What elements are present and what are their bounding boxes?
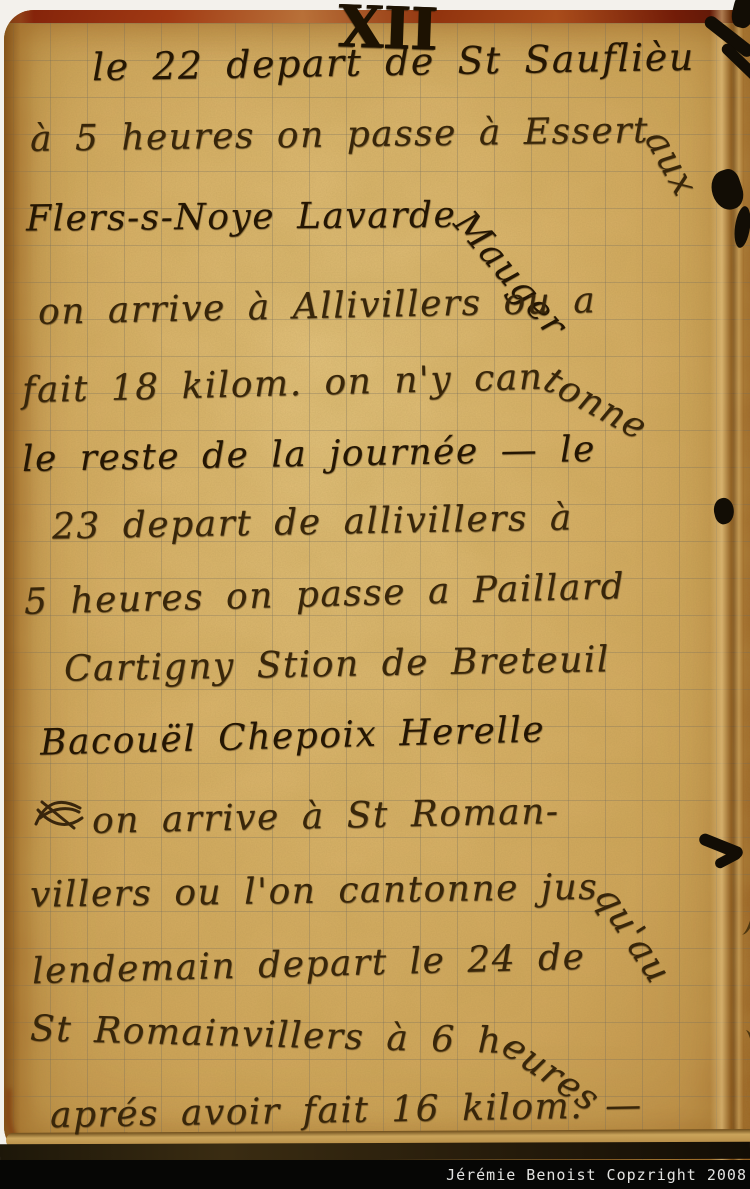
handwriting-line: Flers-s-Noye LavardeMauger [26,193,611,239]
copyright-bar: Jérémie Benoist Copzright 2008 [0,1160,750,1189]
copyright-text: Jérémie Benoist Copzright 2008 [446,1166,750,1184]
photo-frame: XII le 22 depart de St Sauflièu à 5 heur… [0,0,750,1189]
page-stack-edge [0,1142,750,1162]
page-number-roman: XII [337,0,439,64]
line-text: Flers-s-Noye Lavarde [26,195,457,240]
line-text: à 5 heures on passe à Essert [30,110,649,160]
handwriting-line: villers ou l'on cantonne jusqu'au [30,865,709,915]
ink-scribble [32,792,86,836]
line-text: villers ou l'on cantonne jus [30,867,599,916]
